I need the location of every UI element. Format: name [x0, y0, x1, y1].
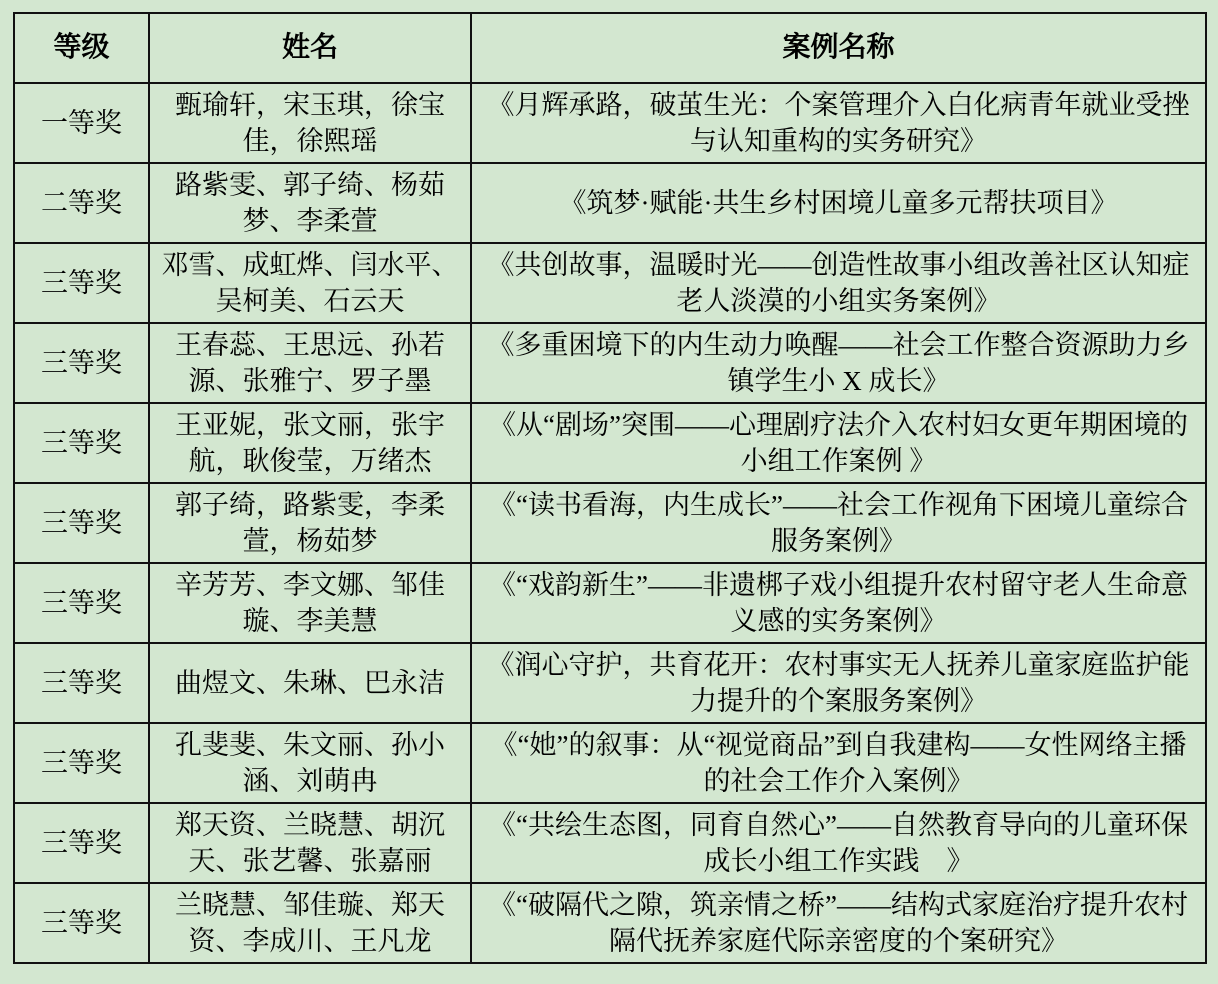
case-cell: 《润心守护，共育花开：农村事实无人抚养儿童家庭监护能力提升的个案服务案例》	[471, 643, 1206, 723]
names-cell: 甄瑜轩，宋玉琪，徐宝佳，徐熙瑶	[149, 83, 471, 163]
names-cell: 曲煜文、朱琳、巴永洁	[149, 643, 471, 723]
case-cell: 《“共绘生态图，同育自然心”——自然教育导向的儿童环保成长小组工作实践 》	[471, 803, 1206, 883]
table-row: 三等奖郭子绮，路紫雯，李柔萱，杨茹梦《“读书看海，内生成长”——社会工作视角下困…	[14, 483, 1206, 563]
table-row: 三等奖王亚妮，张文丽，张宇航，耿俊莹，万绪杰《从“剧场”突围——心理剧疗法介入农…	[14, 403, 1206, 483]
names-cell: 路紫雯、郭子绮、杨茹梦、李柔萱	[149, 163, 471, 243]
case-cell: 《“破隔代之隙，筑亲情之桥”——结构式家庭治疗提升农村隔代抚养家庭代际亲密度的个…	[471, 883, 1206, 963]
table-row: 三等奖郑天资、兰晓慧、胡沉天、张艺馨、张嘉丽《“共绘生态图，同育自然心”——自然…	[14, 803, 1206, 883]
names-cell: 王亚妮，张文丽，张宇航，耿俊莹，万绪杰	[149, 403, 471, 483]
case-cell: 《筑梦·赋能·共生乡村困境儿童多元帮扶项目》	[471, 163, 1206, 243]
names-cell: 王春蕊、王思远、孙若源、张雅宁、罗子墨	[149, 323, 471, 403]
grade-cell: 三等奖	[14, 803, 149, 883]
names-cell: 兰晓慧、邹佳璇、郑天资、李成川、王凡龙	[149, 883, 471, 963]
names-cell: 辛芳芳、李文娜、邹佳璇、李美慧	[149, 563, 471, 643]
table-row: 三等奖曲煜文、朱琳、巴永洁《润心守护，共育花开：农村事实无人抚养儿童家庭监护能力…	[14, 643, 1206, 723]
names-cell: 邓雪、成虹烨、闫水平、吴柯美、石云天	[149, 243, 471, 323]
table-row: 一等奖甄瑜轩，宋玉琪，徐宝佳，徐熙瑶《月辉承路，破茧生光：个案管理介入白化病青年…	[14, 83, 1206, 163]
header-row: 等级 姓名 案例名称	[14, 13, 1206, 83]
grade-cell: 三等奖	[14, 563, 149, 643]
table-row: 三等奖辛芳芳、李文娜、邹佳璇、李美慧《“戏韵新生”——非遗梆子戏小组提升农村留守…	[14, 563, 1206, 643]
case-cell: 《多重困境下的内生动力唤醒——社会工作整合资源助力乡镇学生小 X 成长》	[471, 323, 1206, 403]
names-cell: 郑天资、兰晓慧、胡沉天、张艺馨、张嘉丽	[149, 803, 471, 883]
names-cell: 郭子绮，路紫雯，李柔萱，杨茹梦	[149, 483, 471, 563]
grade-cell: 三等奖	[14, 483, 149, 563]
table-row: 三等奖邓雪、成虹烨、闫水平、吴柯美、石云天《共创故事，温暖时光——创造性故事小组…	[14, 243, 1206, 323]
grade-cell: 三等奖	[14, 403, 149, 483]
table-body: 一等奖甄瑜轩，宋玉琪，徐宝佳，徐熙瑶《月辉承路，破茧生光：个案管理介入白化病青年…	[14, 83, 1206, 963]
column-header-case: 案例名称	[471, 13, 1206, 83]
table-row: 三等奖王春蕊、王思远、孙若源、张雅宁、罗子墨《多重困境下的内生动力唤醒——社会工…	[14, 323, 1206, 403]
case-cell: 《月辉承路，破茧生光：个案管理介入白化病青年就业受挫与认知重构的实务研究》	[471, 83, 1206, 163]
award-table: 等级 姓名 案例名称 一等奖甄瑜轩，宋玉琪，徐宝佳，徐熙瑶《月辉承路，破茧生光：…	[13, 12, 1207, 964]
case-cell: 《“读书看海，内生成长”——社会工作视角下困境儿童综合服务案例》	[471, 483, 1206, 563]
grade-cell: 二等奖	[14, 163, 149, 243]
column-header-names: 姓名	[149, 13, 471, 83]
case-cell: 《“她”的叙事：从“视觉商品”到自我建构——女性网络主播的社会工作介入案例》	[471, 723, 1206, 803]
table-row: 三等奖兰晓慧、邹佳璇、郑天资、李成川、王凡龙《“破隔代之隙，筑亲情之桥”——结构…	[14, 883, 1206, 963]
table-row: 二等奖路紫雯、郭子绮、杨茹梦、李柔萱《筑梦·赋能·共生乡村困境儿童多元帮扶项目》	[14, 163, 1206, 243]
grade-cell: 一等奖	[14, 83, 149, 163]
column-header-grade: 等级	[14, 13, 149, 83]
case-cell: 《从“剧场”突围——心理剧疗法介入农村妇女更年期困境的小组工作案例 》	[471, 403, 1206, 483]
grade-cell: 三等奖	[14, 323, 149, 403]
case-cell: 《共创故事，温暖时光——创造性故事小组改善社区认知症老人淡漠的小组实务案例》	[471, 243, 1206, 323]
names-cell: 孔斐斐、朱文丽、孙小涵、刘萌冉	[149, 723, 471, 803]
case-cell: 《“戏韵新生”——非遗梆子戏小组提升农村留守老人生命意义感的实务案例》	[471, 563, 1206, 643]
grade-cell: 三等奖	[14, 883, 149, 963]
grade-cell: 三等奖	[14, 643, 149, 723]
page-body: 等级 姓名 案例名称 一等奖甄瑜轩，宋玉琪，徐宝佳，徐熙瑶《月辉承路，破茧生光：…	[0, 0, 1218, 976]
table-row: 三等奖孔斐斐、朱文丽、孙小涵、刘萌冉《“她”的叙事：从“视觉商品”到自我建构——…	[14, 723, 1206, 803]
grade-cell: 三等奖	[14, 243, 149, 323]
grade-cell: 三等奖	[14, 723, 149, 803]
